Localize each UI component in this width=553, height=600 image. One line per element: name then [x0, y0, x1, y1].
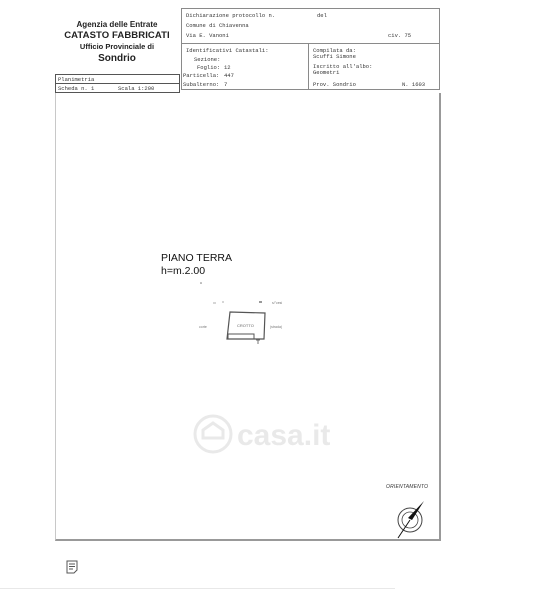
register-number: N. 1603: [402, 81, 425, 88]
floor-name: PIANO TERRA: [161, 252, 232, 265]
office-label: Ufficio Provinciale di: [58, 42, 176, 52]
floor-title: PIANO TERRA h=m.2.00: [161, 252, 232, 278]
bottom-divider: [0, 588, 395, 589]
plan-info-box: Planimetria Scheda n. 1 Scala 1:200: [55, 74, 180, 93]
particella-label: Particella:: [183, 72, 219, 79]
scale: Scala 1:200: [118, 85, 154, 92]
province-name: Sondrio: [58, 52, 176, 65]
catasto-title: CATASTO FABBRICATI: [58, 30, 176, 42]
top-label: s/"cesi: [272, 301, 282, 305]
note-icon[interactable]: [66, 560, 78, 574]
comune: Comune di Chiavenna: [186, 22, 249, 29]
compiler-name: Scuffi Simone: [313, 53, 356, 60]
plan-type: Planimetria: [58, 76, 94, 83]
agency-header: Agenzia delle Entrate CATASTO FABBRICATI…: [58, 20, 176, 65]
subalterno-value: 7: [224, 81, 227, 88]
particella-value: 447: [224, 72, 234, 79]
floor-height: h=m.2.00: [161, 265, 232, 278]
del-label: del: [317, 12, 327, 19]
register-type: Geometri: [313, 69, 339, 76]
foglio-label: Foglio:: [197, 64, 220, 71]
room-label: CROTTO: [237, 323, 254, 328]
room-annex: [228, 334, 254, 339]
address: Via E. Vanoni: [186, 32, 229, 39]
sezione-label: Sezione:: [194, 56, 220, 63]
province-label: Prov. Sondrio: [313, 81, 356, 88]
orientation-label: ORIENTAMENTO: [386, 484, 428, 490]
right-label: (strada): [270, 325, 282, 329]
foglio-value: 12: [224, 64, 231, 71]
left-label: corte: [199, 325, 207, 329]
compass-icon: [392, 496, 432, 540]
sheet-number: Scheda n. 1: [58, 85, 94, 92]
civic-number: civ. 75: [388, 32, 411, 39]
declaration-box: Dichiarazione protocollo n. del Comune d…: [181, 8, 440, 44]
floor-plan: CROTTO corte (strada) s/"cesi: [190, 280, 300, 360]
protocol-label: Dichiarazione protocollo n.: [186, 12, 275, 19]
agency-name: Agenzia delle Entrate: [58, 20, 176, 30]
identifiers-box: Identificativi Catastali: Sezione: Fogli…: [181, 43, 440, 90]
watermark-logo-icon: casa.it: [183, 412, 373, 456]
subalterno-label: Subalterno:: [183, 81, 219, 88]
plan-info-separator: [56, 83, 179, 84]
identifiers-title: Identificativi Catastali:: [186, 47, 269, 54]
box-divider: [308, 44, 309, 89]
watermark-text: casa.it: [237, 419, 330, 452]
casa-watermark: casa.it: [183, 412, 373, 456]
